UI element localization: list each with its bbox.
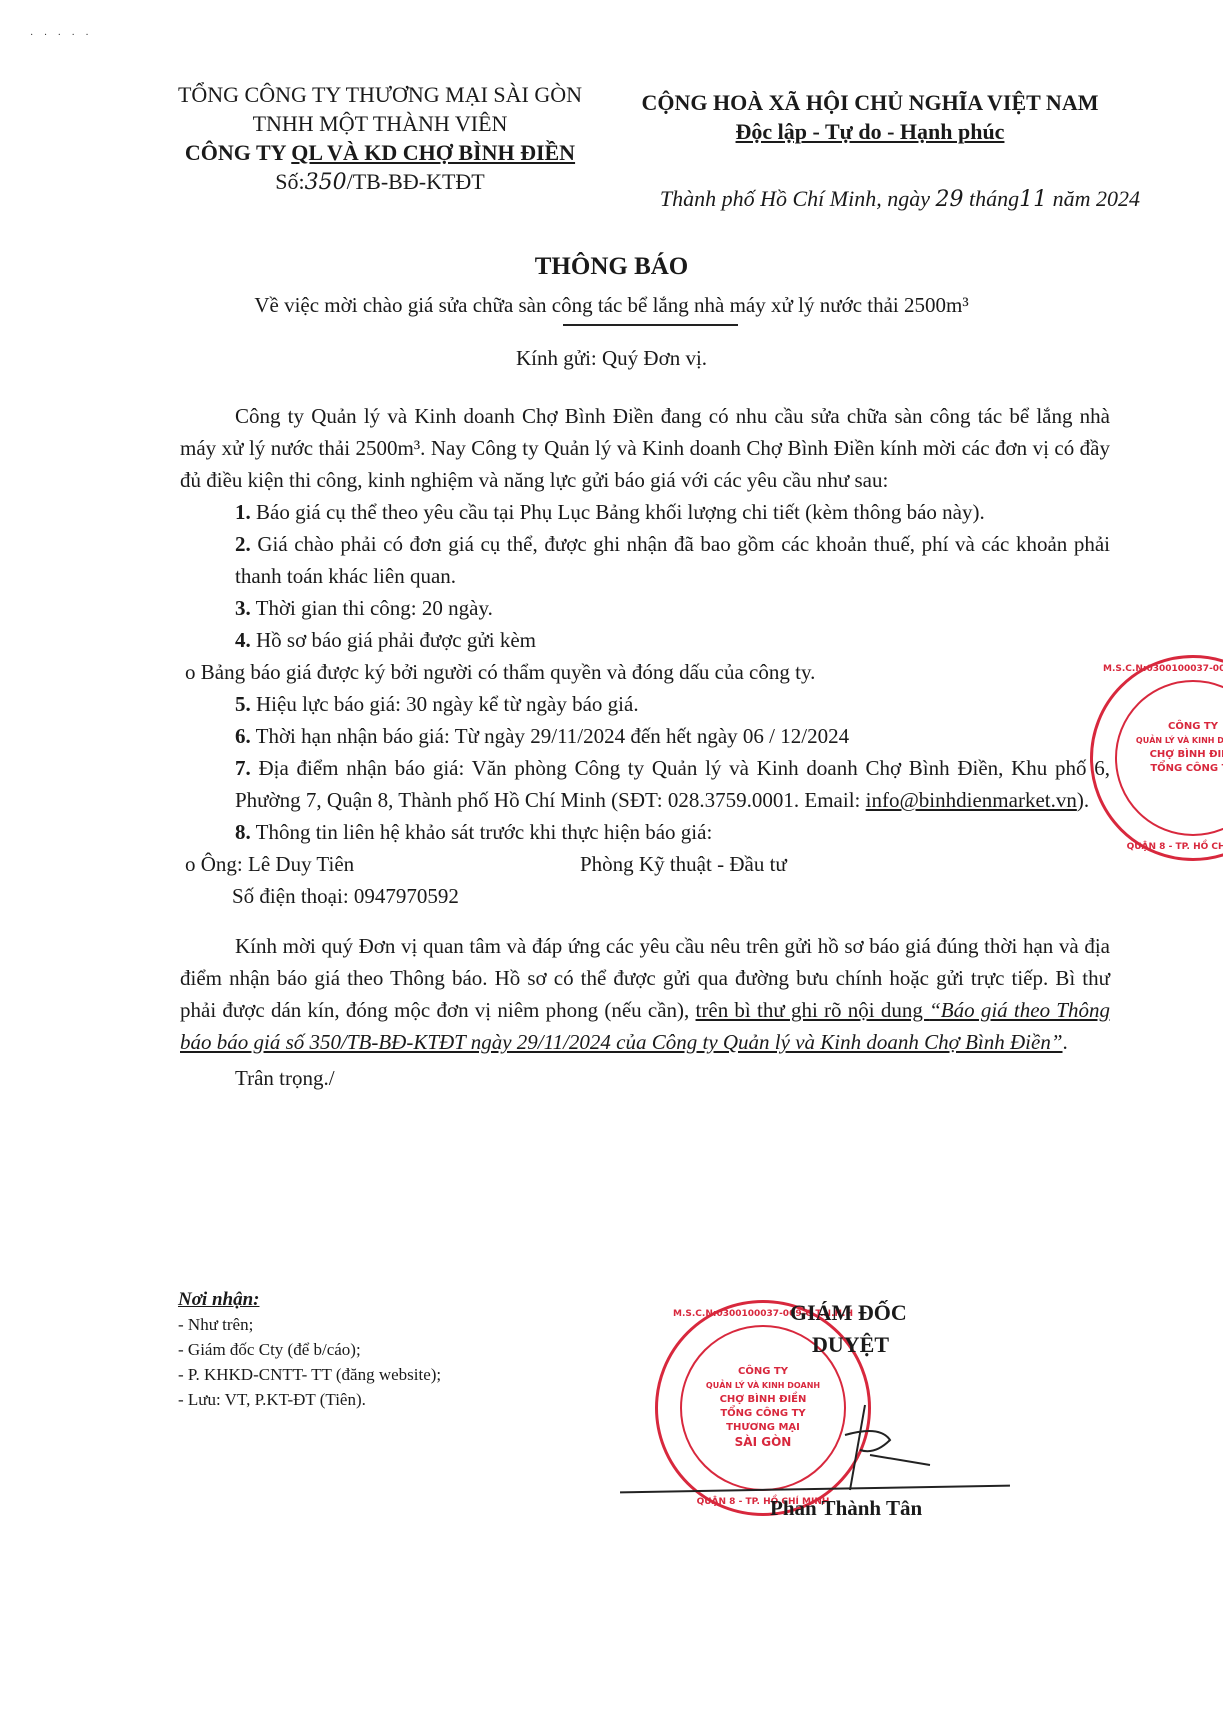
issuer-parent-org-type: TNHH MỘT THÀNH VIÊN — [130, 109, 630, 138]
signatory-name: Phan Thành Tân — [770, 1496, 1010, 1521]
recipient-item: - Như trên; — [178, 1312, 618, 1337]
issue-date: Thành phố Hồ Chí Minh, ngày 29 tháng11 n… — [560, 186, 1140, 212]
requirement-4-bullet: o Bảng báo giá được ký bởi người có thẩm… — [180, 656, 1110, 688]
closing-paragraph: Kính mời quý Đơn vị quan tâm và đáp ứng … — [180, 930, 1110, 1058]
requirement-7: 7. Địa điểm nhận báo giá: Văn phòng Công… — [180, 752, 1110, 816]
salutation: Kính gửi: Quý Đơn vị. — [0, 346, 1223, 371]
signature-scribble-icon — [820, 1395, 940, 1495]
regards: Trân trọng./ — [180, 1062, 1110, 1094]
approved-label: DUYỆT — [790, 1329, 990, 1361]
contact-name: o Ông: Lê Duy Tiên — [185, 848, 580, 880]
national-motto: Độc lập - Tự do - Hạnh phúc — [610, 117, 1130, 146]
requirement-2: 2. Giá chào phải có đơn giá cụ thể, được… — [180, 528, 1110, 592]
contact-phone: Số điện thoại: 0947970592 — [180, 880, 1110, 912]
document-body: Công ty Quản lý và Kinh doanh Chợ Bình Đ… — [180, 400, 1110, 1094]
scan-artifact: · · · · · — [30, 30, 93, 41]
intro-paragraph: Công ty Quản lý và Kinh doanh Chợ Bình Đ… — [180, 400, 1110, 496]
recipient-item: - Lưu: VT, P.KT-ĐT (Tiên). — [178, 1387, 618, 1412]
requirement-3: 3. Thời gian thi công: 20 ngày. — [180, 592, 1110, 624]
requirement-1: 1. Báo giá cụ thể theo yêu cầu tại Phụ L… — [180, 496, 1110, 528]
handwritten-number: 350 — [305, 170, 347, 195]
issuer-company: CÔNG TY QL VÀ KD CHỢ BÌNH ĐIỀN — [130, 138, 630, 167]
issuer-parent-org: TỔNG CÔNG TY THƯƠNG MẠI SÀI GÒN — [130, 80, 630, 109]
recipients-heading: Nơi nhận: — [178, 1287, 618, 1312]
signatory-title: GIÁM ĐỐC DUYỆT — [790, 1297, 990, 1361]
requirement-6: 6. Thời hạn nhận báo giá: Từ ngày 29/11/… — [180, 720, 1110, 752]
issuer-block: TỔNG CÔNG TY THƯƠNG MẠI SÀI GÒN TNHH MỘT… — [130, 80, 630, 197]
national-header: CỘNG HOÀ XÃ HỘI CHỦ NGHĨA VIỆT NAM Độc l… — [610, 88, 1130, 146]
recipients-block: Nơi nhận: - Như trên; - Giám đốc Cty (để… — [178, 1287, 618, 1412]
contact-department: Phòng Kỹ thuật - Đầu tư — [580, 848, 787, 880]
divider — [563, 324, 738, 326]
requirement-5: 5. Hiệu lực báo giá: 30 ngày kể từ ngày … — [180, 688, 1110, 720]
email-link[interactable]: info@binhdienmarket.vn — [866, 788, 1077, 812]
document-subject: Về việc mời chào giá sửa chữa sàn công t… — [0, 293, 1223, 318]
document-number: Số:350/TB-BĐ-KTĐT — [130, 167, 630, 197]
document-title: THÔNG BÁO — [0, 253, 1223, 281]
contact-person: o Ông: Lê Duy Tiên Phòng Kỹ thuật - Đầu … — [180, 848, 1110, 880]
recipient-item: - Giám đốc Cty (để b/cáo); — [178, 1337, 618, 1362]
requirement-4: 4. Hồ sơ báo giá phải được gửi kèm — [180, 624, 1110, 656]
recipient-item: - P. KHKD-CNTT- TT (đăng website); — [178, 1362, 618, 1387]
nation-name: CỘNG HOÀ XÃ HỘI CHỦ NGHĨA VIỆT NAM — [610, 88, 1130, 117]
requirement-8: 8. Thông tin liên hệ khảo sát trước khi … — [180, 816, 1110, 848]
